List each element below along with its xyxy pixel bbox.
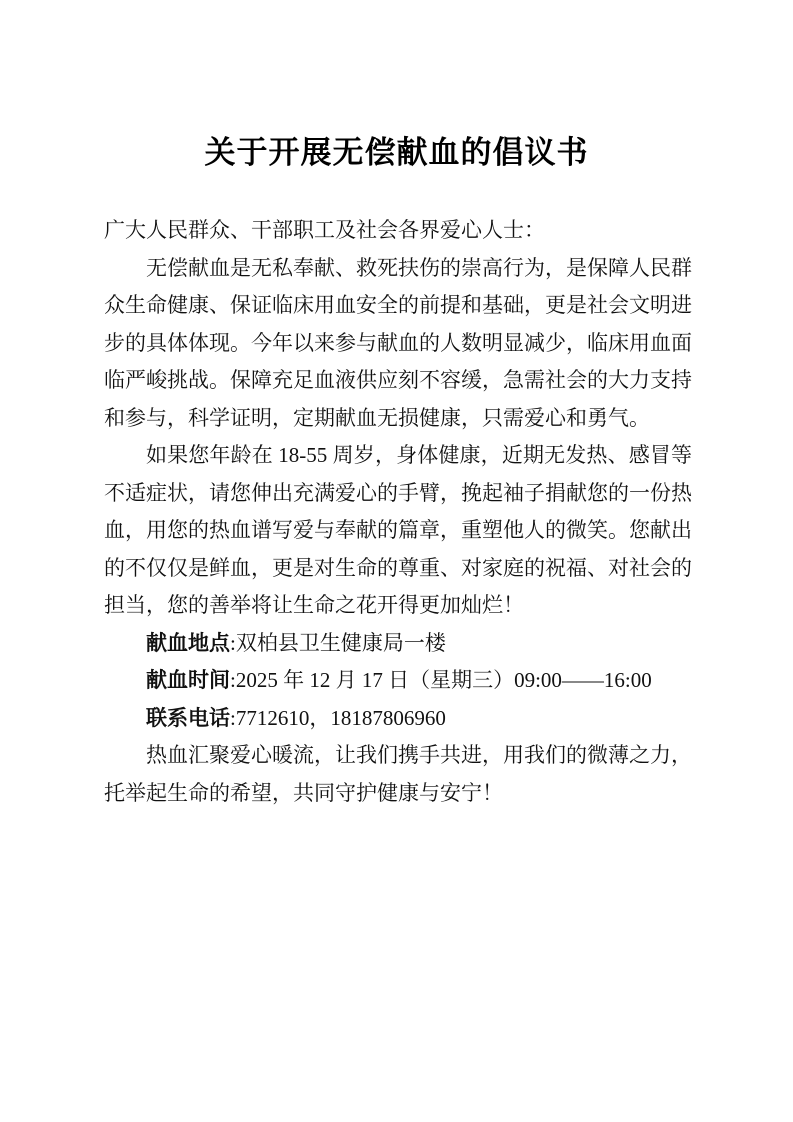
paragraph-significance: 无偿献血是无私奉献、救死扶伤的崇高行为，是保障人民群众生命健康、保证临床用血安全… — [104, 250, 692, 438]
paragraph-closing: 热血汇聚爱心暖流，让我们携手共进，用我们的微薄之力，托举起生命的希望，共同守护健… — [104, 737, 692, 812]
contact-phone-line: 联系电话:7712610，18187806960 — [104, 700, 692, 738]
paragraph-appeal: 如果您年龄在 18-55 周岁，身体健康，近期无发热、感冒等不适症状，请您伸出充… — [104, 437, 692, 625]
donation-location-line: 献血地点:双柏县卫生健康局一楼 — [104, 625, 692, 663]
document-page: 关于开展无偿献血的倡议书 广大人民群众、干部职工及社会各界爱心人士： 无偿献血是… — [0, 0, 793, 1122]
donation-time-label: 献血时间 — [146, 668, 230, 692]
contact-phone-label: 联系电话 — [146, 706, 230, 730]
document-title: 关于开展无偿献血的倡议书 — [0, 130, 793, 176]
donation-time-line: 献血时间:2025 年 12 月 17 日（星期三）09:00——16:00 — [104, 662, 692, 700]
donation-time-value: :2025 年 12 月 17 日（星期三）09:00——16:00 — [230, 668, 652, 692]
contact-phone-value: :7712610，18187806960 — [230, 706, 446, 730]
salutation-line: 广大人民群众、干部职工及社会各界爱心人士： — [104, 212, 692, 250]
donation-location-label: 献血地点 — [146, 631, 230, 655]
document-body: 广大人民群众、干部职工及社会各界爱心人士： 无偿献血是无私奉献、救死扶伤的崇高行… — [104, 212, 692, 812]
donation-location-value: :双柏县卫生健康局一楼 — [230, 631, 446, 655]
